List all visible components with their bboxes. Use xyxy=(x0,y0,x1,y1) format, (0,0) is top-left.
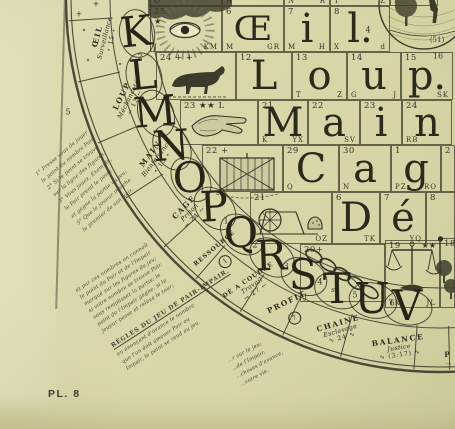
engraving-mark: 5 xyxy=(65,108,70,117)
engraving-mark: 16 xyxy=(433,52,443,61)
engraving-mark: s xyxy=(331,286,335,294)
engraving-mark: t xyxy=(362,296,365,304)
engraving-mark: 4 xyxy=(365,26,370,35)
engraving-mark: 2 xyxy=(137,53,142,62)
engraving-mark: 2 xyxy=(252,241,257,250)
engraving-marks: (51)1642123456st5++⋆⋆⋆ xyxy=(0,0,455,429)
engraving-mark: ⋆ xyxy=(81,26,86,35)
engraving-mark: 3 xyxy=(283,262,288,271)
engraving-mark: (51) xyxy=(430,36,444,44)
engraving-mark: + xyxy=(93,0,100,9)
engraving-mark: ⋆ xyxy=(85,56,90,65)
engraving-mark: ⋆ xyxy=(117,60,122,69)
engraving-mark: 5 xyxy=(352,291,357,300)
engraving-mark: 1 xyxy=(223,217,228,226)
plate-scan: OHNRTZF25★JKM6ŒMGR7iMH8l.Xd24 + +12L13oT… xyxy=(0,0,455,429)
engraving-mark: 4 xyxy=(317,278,322,287)
engraving-mark: 6 xyxy=(389,299,394,308)
engraving-mark: + xyxy=(76,10,83,19)
plate-number: PL. 8 xyxy=(48,388,81,400)
